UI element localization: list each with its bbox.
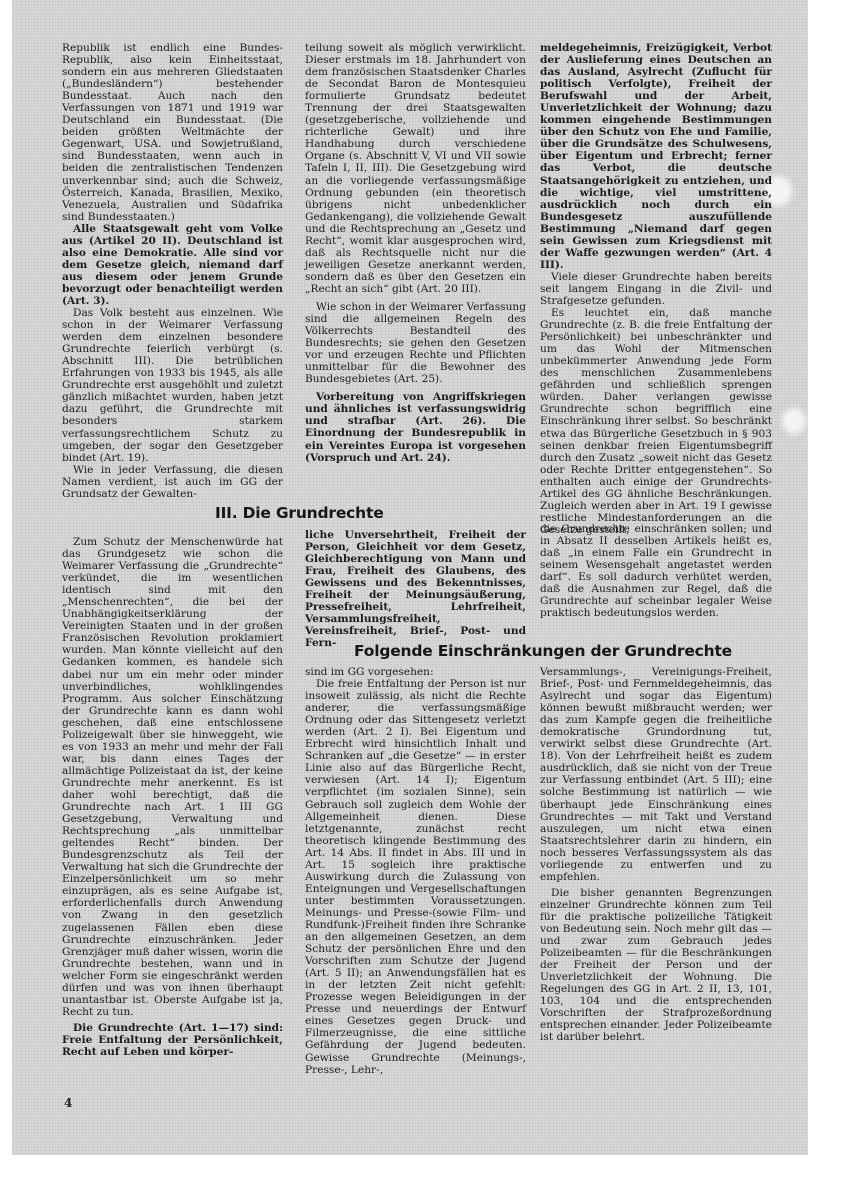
paragraph: sind im GG vorgesehen:	[305, 666, 526, 678]
paragraph-bold: liche Unversehrtheit, Freiheit der Perso…	[305, 529, 526, 649]
paragraph: Es leuchtet ein, daß manche Grundrechte …	[540, 307, 772, 536]
page-number: 4	[64, 1096, 72, 1110]
paragraph: die Grundrechte einschränken sollen; und…	[540, 523, 772, 619]
column-2-bottom: sind im GG vorgesehen: Die freie Entfalt…	[305, 666, 526, 1076]
column-3-top: meldegeheimnis, Freizügigkeit, Verbot de…	[540, 42, 772, 536]
paragraph: Die bisher genannten Begrenzungen einzel…	[540, 887, 772, 1044]
paragraph: teilung soweit als möglich verwirklicht.…	[305, 42, 526, 295]
paragraph-bold: Alle Staatsgewalt geht vom Volke aus (Ar…	[62, 223, 283, 307]
paragraph: Wie in jeder Verfassung, die diesen Name…	[62, 464, 283, 500]
paragraph-bold: Die Grundrechte (Art. 1—17) sind: Freie …	[62, 1022, 283, 1058]
paper-blemish	[782, 408, 806, 434]
column-1-bottom: Zum Schutz der Menschenwürde hat das Gru…	[62, 536, 283, 1058]
paragraph: Wie schon in der Weimarer Verfassung sin…	[305, 301, 526, 385]
section-heading: III. Die Grundrechte	[215, 504, 384, 522]
column-3-bottom-lead: die Grundrechte einschränken sollen; und…	[540, 523, 772, 619]
paragraph: Das Volk besteht aus einzelnen. Wie scho…	[62, 307, 283, 464]
column-3-bottom: Versammlungs-, Vereinigungs-Freiheit, Br…	[540, 666, 772, 1043]
paragraph-bold: Vorbereitung von Angriffskriegen und ähn…	[305, 391, 526, 463]
paragraph: Versammlungs-, Vereinigungs-Freiheit, Br…	[540, 666, 772, 883]
column-2-bottom-lead: liche Unversehrtheit, Freiheit der Perso…	[305, 529, 526, 649]
paragraph: Republik ist endlich eine Bundes-Republi…	[62, 42, 283, 223]
column-1-top: Republik ist endlich eine Bundes-Republi…	[62, 42, 283, 500]
paragraph: Zum Schutz der Menschenwürde hat das Gru…	[62, 536, 283, 1018]
paragraph: Viele dieser Grundrechte haben bereits s…	[540, 271, 772, 307]
paragraph-bold: meldegeheimnis, Freizügigkeit, Verbot de…	[540, 42, 772, 271]
column-2-top: teilung soweit als möglich verwirklicht.…	[305, 42, 526, 464]
subsection-heading: Folgende Einschränkungen der Grundrechte	[354, 642, 732, 660]
paragraph: Die freie Entfaltung der Person ist nur …	[305, 678, 526, 1076]
